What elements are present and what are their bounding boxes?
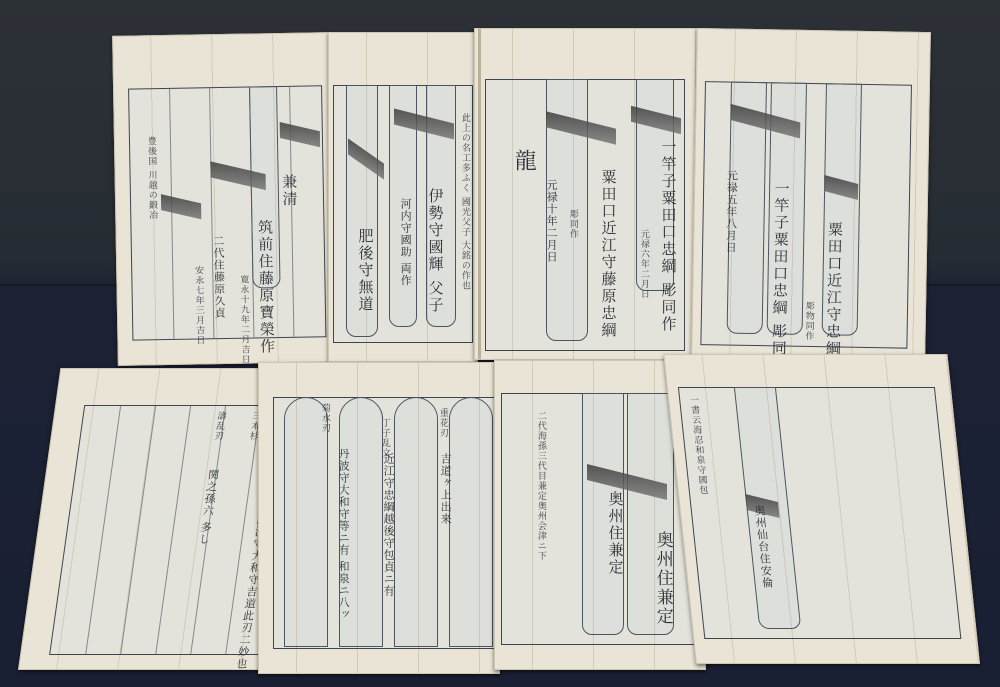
inscription: 近江守忠綱越後守包貞ニ有 <box>382 453 394 597</box>
habaki-shading <box>280 122 320 147</box>
date-text: 元禄五年八月日 <box>724 170 738 254</box>
inscription: 兼清 <box>281 174 298 208</box>
hamon-label: 菊水刃 <box>319 403 329 433</box>
book-top-4: 元禄五年八月日 一竿子粟田口忠綱 彫同作 粟田口近江守忠綱 彫物同作 <box>691 28 931 364</box>
blade-drawing <box>284 397 328 647</box>
date-text: 安永七年三月吉日 <box>192 265 203 345</box>
inscription: 二代住藤原久貞 <box>212 235 226 319</box>
blade-drawing <box>394 397 438 647</box>
date-text: 寛永十九年二月吉日 <box>237 275 248 365</box>
inscription: 河内守國助 両作 <box>399 198 411 287</box>
inscription: 肥後守無道 <box>357 228 374 313</box>
print-frame <box>485 79 685 351</box>
inscription: 一竿子粟田口忠綱 彫同作 <box>660 139 677 333</box>
print-frame <box>128 85 326 340</box>
habaki-shading <box>161 194 201 219</box>
inscription: 筑前住藤原寶榮作 <box>256 219 275 355</box>
date-text: 元禄十年二月日 <box>545 179 557 263</box>
blade-drawing <box>449 397 493 647</box>
date-text: 元禄六年二月日 <box>638 229 648 299</box>
inscription: 粟田口近江守藤原忠綱 <box>600 169 617 339</box>
book-top-3: 龍 粟田口近江守藤原忠綱 一竿子粟田口忠綱 彫同作 元禄十年二月日 元禄六年二月… <box>474 28 698 360</box>
book-top-2: 伊勢守國輝 父子 河内守國助 両作 肥後守無道 此上の名工多ふく 國光父子 大銘… <box>328 32 478 362</box>
inscription: 伊勢守國輝 父子 <box>427 188 444 314</box>
book-bottom-2: 菊水刃 丁子乱文 重花刃 丹波守大和守等ニ有 和泉ニ八ッ 近江守忠綱越後守包貞ニ… <box>258 362 500 674</box>
inscription: 粟田口近江守忠綱 <box>824 221 843 357</box>
inscription: 丹波守大和守等ニ有 和泉ニ八ッ <box>337 448 349 621</box>
inscription: 吉道ヶ上出来 <box>439 453 451 525</box>
dragon-engraving-glyph: 龍 <box>511 149 535 173</box>
hamon-label: 重花刃 <box>437 408 447 438</box>
book-bottom-4: 奥州仙台住安倫 一書云海忍和泉守國包 <box>663 354 980 664</box>
inscription: 一竿子粟田口忠綱 彫同作 <box>770 180 790 364</box>
print-frame <box>678 387 961 639</box>
photograph: 兼清 筑前住藤原寶榮作 二代住藤原久貞 寛永十九年二月吉日 安永七年三月吉日 豊… <box>0 0 1000 687</box>
note-text: 彫同作 <box>567 209 577 239</box>
hamon-label: 丁子乱文 <box>379 418 389 458</box>
note-text: 此上の名工多ふく 國光父子 大銘の作也 <box>459 113 469 291</box>
inscription: 奥州住兼定 <box>607 491 624 576</box>
book-top-1: 兼清 筑前住藤原寶榮作 二代住藤原久貞 寛永十九年二月吉日 安永七年三月吉日 豊… <box>112 32 335 366</box>
note-text: 二代海孫三代目兼定奥州会津ニ下 <box>535 411 545 561</box>
note-text: 彫物同作 <box>802 301 813 341</box>
inscription: 奥州住兼定 <box>653 531 672 626</box>
book-spine <box>478 29 481 359</box>
note-text: 豊後国 川越の鍛冶 <box>145 136 156 220</box>
